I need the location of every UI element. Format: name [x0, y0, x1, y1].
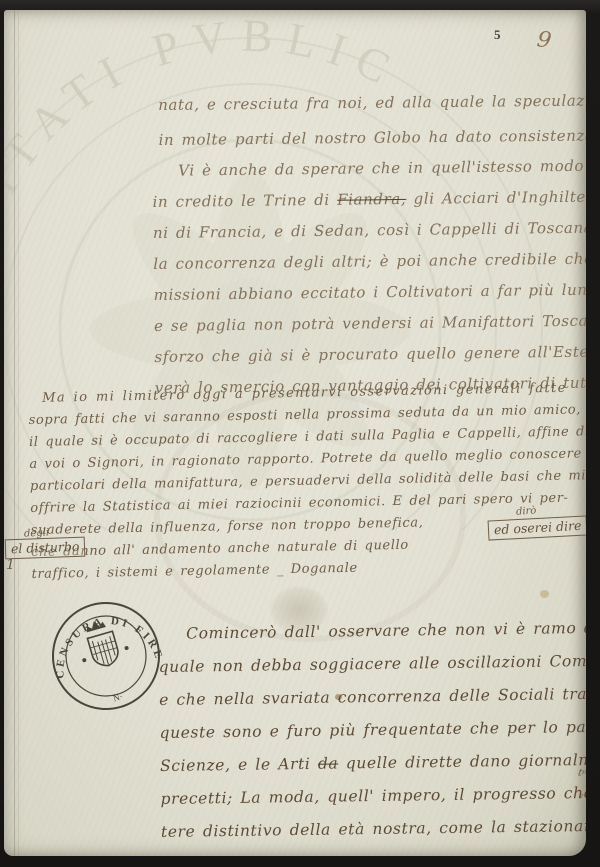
manuscript-line: nata, e cresciuta fra noi, ed alla quale… [158, 82, 586, 123]
manuscript-line: e se paglia non potrà vendersi ai Manifa… [154, 304, 586, 342]
left-fold-crease-2 [18, 10, 19, 856]
censura-di-firenze-stamp: CENSURA DI FIRENZE N· [44, 588, 174, 728]
scanned-document: PERITATI PVBLIC 5 9 nata, e cresciuta fr… [0, 0, 600, 867]
manuscript-line: tere distintivo della età nostra, come l… [161, 808, 586, 849]
paragraph-3: Ma io mi limiterò oggi a presentarvi oss… [28, 375, 586, 586]
manuscript-line: Vi è anche da sperare che in quell'istes… [152, 149, 586, 187]
left-fold-crease [14, 10, 15, 856]
manuscript-page-number: 9 [535, 27, 553, 54]
paragraph-2: Vi è anche da sperare che in quell'istes… [152, 149, 586, 404]
stamp-shield-icon [87, 631, 121, 669]
rust-spot-2 [540, 590, 549, 598]
insertion-superscript-right: dirò [516, 505, 537, 517]
paragraph-1: nata, e cresciuta fra noi, ed alla quale… [158, 82, 586, 158]
manuscript-line: quale non debba soggiacere alle oscillaz… [158, 643, 586, 684]
stamp-crown-icon [84, 618, 106, 632]
manuscript-line: sforzo che già si è procurato quello gen… [154, 335, 586, 373]
manuscript-line: ni di Francia, e di Sedan, così i Cappel… [153, 211, 586, 249]
stamp-arc-text-path: CENSURA DI FIRENZE [44, 588, 165, 693]
manuscript-line: la concorrenza degli altri; è poi anche … [153, 242, 586, 280]
manuscript-line: queste sono e furo più frequentate che p… [159, 709, 586, 750]
manuscript-line: in credito le Trine di Fiandra, gli Acci… [152, 180, 586, 218]
manuscript-line: missioni abbiano eccitato i Coltivatori … [154, 273, 586, 311]
manuscript-line: precetti; La moda, quell' impero, il pro… [160, 775, 586, 816]
manuscript-page: PERITATI PVBLIC 5 9 nata, e cresciuta fr… [4, 10, 586, 856]
stamp-arc-text: CENSURA DI FIRENZE [44, 588, 165, 693]
stamp-bottom-mark: N· [112, 691, 124, 703]
manuscript-line: Comincerò dall' osservare che non vi è r… [158, 610, 586, 651]
manuscript-line: Scienze, e le Arti da quelle dirette dan… [160, 742, 586, 783]
boxed-insertion-left: el disturbo [5, 537, 86, 560]
stamped-folio-number: 5 [494, 27, 502, 43]
paragraph-4: Comincerò dall' osservare che non vi è r… [158, 610, 586, 849]
manuscript-line: e che nella svariata concorrenza delle S… [159, 676, 586, 717]
right-margin-mark-1: tᵖ [577, 767, 586, 779]
left-margin-caret-mark: 1 [6, 557, 15, 573]
